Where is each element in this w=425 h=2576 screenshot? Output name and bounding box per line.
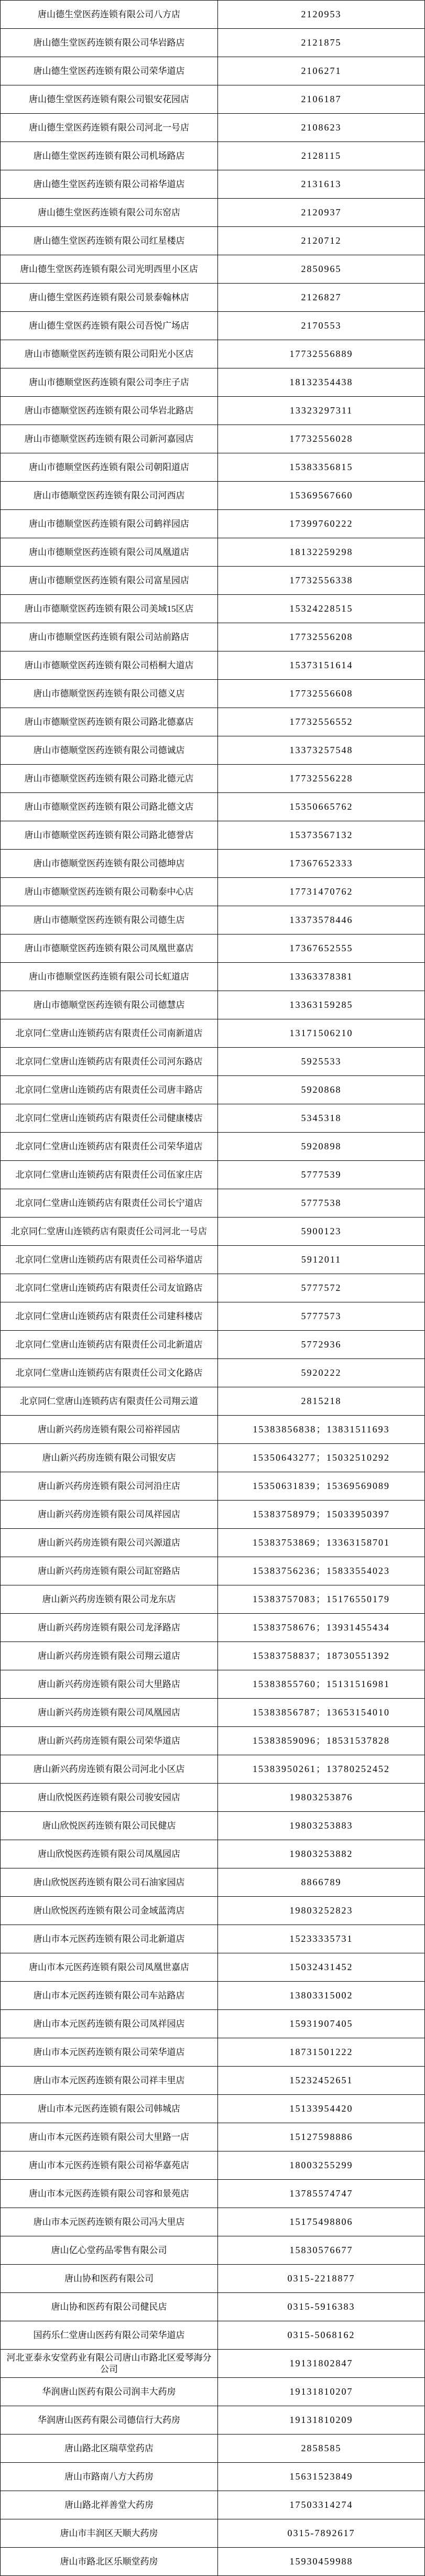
store-name-cell: 唐山市本元医药连锁有限公司冯大里店	[1, 2208, 218, 2236]
store-name-cell: 唐山市丰润区天顺大药房	[1, 2519, 218, 2548]
store-name-cell: 唐山德生堂医药连锁有限公司八方店	[1, 1, 218, 29]
phone-cell: 0315-5068162	[218, 2321, 425, 2350]
table-row: 唐山市本元医药连锁有限公司裕华嘉苑店18003255299	[1, 2151, 425, 2180]
phone-cell: 17732556889	[218, 340, 425, 368]
phone-cell: 2108623	[218, 114, 425, 142]
phone-cell: 15133954420	[218, 2095, 425, 2123]
store-name-cell: 唐山亿心堂药品零售有限公司	[1, 2236, 218, 2265]
store-name-cell: 河北亚泰永安堂药业有限公司唐山市路北区爱琴海分公司	[1, 2350, 218, 2378]
store-name-cell: 唐山市德顺堂医药连锁有限公司德义店	[1, 680, 218, 708]
table-row: 唐山市德顺堂医药连锁有限公司新河嘉园店17732556028	[1, 425, 425, 453]
store-name-cell: 唐山市德顺堂医药连锁有限公司德坤店	[1, 850, 218, 878]
phone-cell: 2128115	[218, 142, 425, 170]
table-row: 唐山市本元医药连锁有限公司凤祥园店15931907405	[1, 2010, 425, 2038]
table-row: 唐山协和医药有限公司0315-2218877	[1, 2265, 425, 2293]
table-row: 唐山新兴药房连锁有限公司凤祥园店15383758979；15033950397	[1, 1501, 425, 1529]
table-row: 唐山市路南八方大药房15631523849	[1, 2463, 425, 2491]
store-name-cell: 国药乐仁堂唐山医药有限公司荣华道店	[1, 2321, 218, 2350]
store-name-cell: 唐山新兴药房连锁有限公司龙泽路店	[1, 1614, 218, 1642]
table-row: 唐山市德顺堂医药连锁有限公司鹤祥园店17399760222	[1, 510, 425, 538]
store-name-cell: 唐山新兴药房连锁有限公司兴源道店	[1, 1529, 218, 1557]
store-name-cell: 北京同仁堂唐山连锁药店有限责任公司文化路店	[1, 1359, 218, 1387]
table-row: 唐山欣悦医药连锁有限公司民健店19803253883	[1, 1812, 425, 1840]
phone-cell: 19803252823	[218, 1897, 425, 1925]
phone-cell: 17732556608	[218, 680, 425, 708]
phone-cell: 15631523849	[218, 2463, 425, 2491]
store-name-cell: 唐山新兴药房连锁有限公司凤祥园店	[1, 1501, 218, 1529]
store-name-cell: 唐山市德顺堂医药连锁有限公司凤凰世嘉店	[1, 934, 218, 963]
table-row: 唐山市德顺堂医药连锁有限公司勒泰中心店17731470762	[1, 878, 425, 906]
store-name-cell: 唐山市本元医药连锁有限公司凤凰世嘉店	[1, 1953, 218, 1982]
phone-cell: 5925533	[218, 1048, 425, 1076]
phone-cell: 17503314274	[218, 2491, 425, 2519]
table-row: 唐山市本元医药连锁有限公司荣华道店18731501222	[1, 2038, 425, 2067]
table-row: 唐山市德顺堂医药连锁有限公司凤凰世嘉店17367652555	[1, 934, 425, 963]
store-name-cell: 唐山市德顺堂医药连锁有限公司鹤祥园店	[1, 510, 218, 538]
table-row: 北京同仁堂唐山连锁药店有限责任公司友谊路店5777572	[1, 1274, 425, 1302]
table-row: 唐山市本元医药连锁有限公司容和景苑店13785574747	[1, 2180, 425, 2208]
table-row: 唐山新兴药房连锁有限公司凤凰园店15383856787；13653154010	[1, 1699, 425, 1727]
store-name-cell: 唐山新兴药房连锁有限公司河北小区店	[1, 1755, 218, 1784]
table-row: 北京同仁堂唐山连锁药店有限责任公司翔云道2815218	[1, 1387, 425, 1416]
phone-cell: 2106271	[218, 57, 425, 85]
table-row: 唐山德生堂医药连锁有限公司裕华道店2131613	[1, 170, 425, 199]
table-row: 唐山新兴药房连锁有限公司翔云道店15383758837；18730551392	[1, 1642, 425, 1670]
phone-cell: 13363159285	[218, 991, 425, 1019]
table-row: 唐山新兴药房连锁有限公司龙东店15383757083；15176550179	[1, 1585, 425, 1614]
phone-cell: 2106187	[218, 85, 425, 114]
table-row: 唐山市德顺堂医药连锁有限公司德义店17732556608	[1, 680, 425, 708]
store-name-cell: 唐山市路北区乐顺堂药房	[1, 2548, 218, 2576]
table-row: 北京同仁堂唐山连锁药店有限责任公司文化路店5920222	[1, 1359, 425, 1387]
phone-cell: 19803253882	[218, 1840, 425, 1868]
store-name-cell: 北京同仁堂唐山连锁药店有限责任公司长宁道店	[1, 1189, 218, 1218]
store-name-cell: 唐山新兴药房连锁有限公司凤凰园店	[1, 1699, 218, 1727]
phone-cell: 18003255299	[218, 2151, 425, 2180]
table-row: 唐山市德顺堂医药连锁有限公司德生店13373578446	[1, 906, 425, 934]
store-name-cell: 唐山市本元医药连锁有限公司裕华嘉苑店	[1, 2151, 218, 2180]
table-row: 唐山市德顺堂医药连锁有限公司梧桐大道店15373151614	[1, 651, 425, 680]
store-name-cell: 唐山市德顺堂医药连锁有限公司凤凰道店	[1, 538, 218, 567]
phone-cell: 15350665762	[218, 793, 425, 821]
table-row: 北京同仁堂唐山连锁药店有限责任公司南新道店13171506210	[1, 1019, 425, 1048]
store-name-cell: 华润唐山医药有限公司润丰大药房	[1, 2378, 218, 2406]
phone-cell: 15383758979；15033950397	[218, 1501, 425, 1529]
table-row: 北京同仁堂唐山连锁药店有限责任公司健康楼店5345318	[1, 1104, 425, 1133]
phone-cell: 17399760222	[218, 510, 425, 538]
table-row: 唐山市本元医药连锁有限公司北新道店15233335731	[1, 1925, 425, 1953]
store-name-cell: 唐山德生堂医药连锁有限公司银安花园店	[1, 85, 218, 114]
store-name-cell: 北京同仁堂唐山连锁药店有限责任公司唐丰路店	[1, 1076, 218, 1104]
store-name-cell: 唐山协和医药有限公司健民店	[1, 2293, 218, 2321]
table-row: 唐山市德顺堂医药连锁有限公司路北德嘉店17732556552	[1, 708, 425, 736]
table-row: 唐山欣悦医药连锁有限公司凤凰园店19803253882	[1, 1840, 425, 1868]
phone-cell: 17732556228	[218, 765, 425, 793]
store-name-cell: 唐山新兴药房连锁有限公司翔云道店	[1, 1642, 218, 1670]
phone-cell: 19131810209	[218, 2406, 425, 2434]
table-row: 唐山路北祥善堂大药房17503314274	[1, 2491, 425, 2519]
phone-cell: 19803253876	[218, 1784, 425, 1812]
store-name-cell: 唐山德生堂医药连锁有限公司东窑店	[1, 199, 218, 227]
phone-cell: 15830576677	[218, 2236, 425, 2265]
table-row: 唐山市德顺堂医药连锁有限公司路北德文店15350665762	[1, 793, 425, 821]
store-name-cell: 唐山市德顺堂医药连锁有限公司富星园店	[1, 567, 218, 595]
store-name-cell: 华润唐山医药有限公司德信行大药房	[1, 2406, 218, 2434]
table-row: 北京同仁堂唐山连锁药店有限责任公司荣华道店5920898	[1, 1133, 425, 1161]
phone-cell: 15930459988	[218, 2548, 425, 2576]
pharmacy-table-body: 唐山德生堂医药连锁有限公司八方店2120953唐山德生堂医药连锁有限公司华岩路店…	[1, 1, 425, 2576]
table-row: 唐山市路北区乐顺堂药房15930459988	[1, 2548, 425, 2576]
phone-cell: 0315-7892617	[218, 2519, 425, 2548]
store-name-cell: 唐山市德顺堂医药连锁有限公司路北德誉店	[1, 821, 218, 850]
store-name-cell: 唐山市路南八方大药房	[1, 2463, 218, 2491]
phone-cell: 15350631839；15369569089	[218, 1472, 425, 1501]
table-row: 唐山欣悦医药连锁有限公司金域蓝湾店19803252823	[1, 1897, 425, 1925]
store-name-cell: 唐山市本元医药连锁有限公司容和景苑店	[1, 2180, 218, 2208]
store-name-cell: 唐山新兴药房连锁有限公司银安店	[1, 1444, 218, 1472]
store-name-cell: 唐山新兴药房连锁有限公司荣华道店	[1, 1727, 218, 1755]
phone-cell: 2858585	[218, 2434, 425, 2463]
table-row: 北京同仁堂唐山连锁药店有限责任公司河东路店5925533	[1, 1048, 425, 1076]
table-row: 北京同仁堂唐山连锁药店有限责任公司河北一号店5900123	[1, 1218, 425, 1246]
store-name-cell: 唐山协和医药有限公司	[1, 2265, 218, 2293]
store-name-cell: 唐山新兴药房连锁有限公司大里路店	[1, 1670, 218, 1699]
store-name-cell: 唐山市德顺堂医药连锁有限公司梧桐大道店	[1, 651, 218, 680]
phone-cell: 13171506210	[218, 1019, 425, 1048]
table-row: 华润唐山医药有限公司德信行大药房19131810209	[1, 2406, 425, 2434]
store-name-cell: 唐山市德顺堂医药连锁有限公司新河嘉园店	[1, 425, 218, 453]
table-row: 唐山市德顺堂医药连锁有限公司华岩北路店13323297311	[1, 397, 425, 425]
table-row: 唐山德生堂医药连锁有限公司银安花园店2106187	[1, 85, 425, 114]
store-name-cell: 唐山市德顺堂医药连锁有限公司路北德元店	[1, 765, 218, 793]
phone-cell: 17731470762	[218, 878, 425, 906]
store-name-cell: 唐山市德顺堂医药连锁有限公司美域15区店	[1, 595, 218, 623]
phone-cell: 15127598886	[218, 2123, 425, 2151]
store-name-cell: 唐山市德顺堂医药连锁有限公司李庄子店	[1, 368, 218, 397]
phone-cell: 15032431452	[218, 1953, 425, 1982]
table-row: 唐山欣悦医药连锁有限公司骏安园店19803253876	[1, 1784, 425, 1812]
store-name-cell: 唐山市本元医药连锁有限公司大里路一店	[1, 2123, 218, 2151]
phone-cell: 5345318	[218, 1104, 425, 1133]
store-name-cell: 唐山德生堂医药连锁有限公司光明西里小区店	[1, 255, 218, 284]
table-row: 唐山市本元医药连锁有限公司大里路一店15127598886	[1, 2123, 425, 2151]
table-row: 唐山市德顺堂医药连锁有限公司阳光小区店17732556889	[1, 340, 425, 368]
phone-cell: 15383859096；18531537828	[218, 1727, 425, 1755]
table-row: 唐山市德顺堂医药连锁有限公司富星园店17732556338	[1, 567, 425, 595]
table-row: 唐山市本元医药连锁有限公司祥丰里店15232452651	[1, 2067, 425, 2095]
table-row: 北京同仁堂唐山连锁药店有限责任公司长宁道店5777538	[1, 1189, 425, 1218]
table-row: 唐山德生堂医药连锁有限公司红星楼店2120712	[1, 227, 425, 255]
phone-cell: 18731501222	[218, 2038, 425, 2067]
table-row: 唐山市本元医药连锁有限公司凤凰世嘉店15032431452	[1, 1953, 425, 1982]
phone-cell: 17732556552	[218, 708, 425, 736]
store-name-cell: 唐山德生堂医药连锁有限公司裕华道店	[1, 170, 218, 199]
store-name-cell: 唐山市德顺堂医药连锁有限公司华岩北路店	[1, 397, 218, 425]
store-name-cell: 北京同仁堂唐山连锁药店有限责任公司裕华道店	[1, 1246, 218, 1274]
table-row: 唐山路北区瑞草堂药店2858585	[1, 2434, 425, 2463]
phone-cell: 5772936	[218, 1331, 425, 1359]
store-name-cell: 唐山市德顺堂医药连锁有限公司德生店	[1, 906, 218, 934]
phone-cell: 19803253883	[218, 1812, 425, 1840]
table-row: 唐山新兴药房连锁有限公司河北小区店15383950261；13780252452	[1, 1755, 425, 1784]
store-name-cell: 唐山德生堂医药连锁有限公司吾悦广场店	[1, 312, 218, 340]
table-row: 唐山新兴药房连锁有限公司兴源道店15383753869；13363158701	[1, 1529, 425, 1557]
phone-cell: 17732556028	[218, 425, 425, 453]
phone-cell: 13803315002	[218, 1982, 425, 2010]
phone-cell: 15383756236；15833554023	[218, 1557, 425, 1585]
store-name-cell: 北京同仁堂唐山连锁药店有限责任公司荣华道店	[1, 1133, 218, 1161]
table-row: 唐山市德顺堂医药连锁有限公司河西店15369567660	[1, 482, 425, 510]
phone-cell: 15383753869；13363158701	[218, 1529, 425, 1557]
table-row: 唐山欣悦医药连锁有限公司石油家园店8866789	[1, 1868, 425, 1897]
store-name-cell: 唐山欣悦医药连锁有限公司骏安园店	[1, 1784, 218, 1812]
phone-cell: 15350643277；15032510292	[218, 1444, 425, 1472]
phone-cell: 15383856838；13831511693	[218, 1416, 425, 1444]
table-row: 唐山新兴药房连锁有限公司裕祥园店15383856838；13831511693	[1, 1416, 425, 1444]
phone-cell: 13363378381	[218, 963, 425, 991]
phone-cell: 17367652555	[218, 934, 425, 963]
table-row: 唐山市本元医药连锁有限公司韩城店15133954420	[1, 2095, 425, 2123]
phone-cell: 19131810207	[218, 2378, 425, 2406]
store-name-cell: 唐山市德顺堂医药连锁有限公司长虹道店	[1, 963, 218, 991]
phone-cell: 5920898	[218, 1133, 425, 1161]
store-name-cell: 北京同仁堂唐山连锁药店有限责任公司友谊路店	[1, 1274, 218, 1302]
store-name-cell: 唐山市本元医药连锁有限公司车站路店	[1, 1982, 218, 2010]
store-name-cell: 北京同仁堂唐山连锁药店有限责任公司伍家庄店	[1, 1161, 218, 1189]
store-name-cell: 唐山市德顺堂医药连锁有限公司德诚店	[1, 736, 218, 765]
store-name-cell: 唐山欣悦医药连锁有限公司凤凰园店	[1, 1840, 218, 1868]
table-row: 北京同仁堂唐山连锁药店有限责任公司伍家庄店5777539	[1, 1161, 425, 1189]
store-name-cell: 唐山市德顺堂医药连锁有限公司站前路店	[1, 623, 218, 651]
phone-cell: 15383758676；13931455434	[218, 1614, 425, 1642]
table-row: 唐山新兴药房连锁有限公司大里路店15383855760；15131516981	[1, 1670, 425, 1699]
phone-cell: 15383757083；15176550179	[218, 1585, 425, 1614]
store-name-cell: 唐山德生堂医药连锁有限公司河北一号店	[1, 114, 218, 142]
phone-cell: 5777573	[218, 1302, 425, 1331]
phone-cell: 8866789	[218, 1868, 425, 1897]
phone-cell: 15369567660	[218, 482, 425, 510]
table-row: 唐山市丰润区天顺大药房0315-7892617	[1, 2519, 425, 2548]
phone-cell: 5777539	[218, 1161, 425, 1189]
store-name-cell: 唐山德生堂医药连锁有限公司机场路店	[1, 142, 218, 170]
phone-cell: 13785574747	[218, 2180, 425, 2208]
phone-cell: 2121875	[218, 29, 425, 57]
store-name-cell: 唐山德生堂医药连锁有限公司红星楼店	[1, 227, 218, 255]
table-row: 唐山新兴药房连锁有限公司河沿庄店15350631839；15369569089	[1, 1472, 425, 1501]
phone-cell: 15383855760；15131516981	[218, 1670, 425, 1699]
phone-cell: 5920868	[218, 1076, 425, 1104]
table-row: 唐山德生堂医药连锁有限公司机场路店2128115	[1, 142, 425, 170]
phone-cell: 2120953	[218, 1, 425, 29]
pharmacy-phone-sheet: 唐山德生堂医药连锁有限公司八方店2120953唐山德生堂医药连锁有限公司华岩路店…	[0, 0, 425, 2576]
store-name-cell: 唐山新兴药房连锁有限公司河沿庄店	[1, 1472, 218, 1501]
table-row: 唐山亿心堂药品零售有限公司15830576677	[1, 2236, 425, 2265]
phone-cell: 15931907405	[218, 2010, 425, 2038]
table-row: 唐山市德顺堂医药连锁有限公司站前路店17732556208	[1, 623, 425, 651]
store-name-cell: 唐山市德顺堂医药连锁有限公司河西店	[1, 482, 218, 510]
store-name-cell: 北京同仁堂唐山连锁药店有限责任公司建科楼店	[1, 1302, 218, 1331]
store-name-cell: 唐山路北祥善堂大药房	[1, 2491, 218, 2519]
phone-cell: 15373567132	[218, 821, 425, 850]
store-name-cell: 唐山欣悦医药连锁有限公司民健店	[1, 1812, 218, 1840]
phone-cell: 5777538	[218, 1189, 425, 1218]
phone-cell: 17732556338	[218, 567, 425, 595]
store-name-cell: 唐山市德顺堂医药连锁有限公司路北德嘉店	[1, 708, 218, 736]
store-name-cell: 唐山新兴药房连锁有限公司龙东店	[1, 1585, 218, 1614]
phone-cell: 0315-5916383	[218, 2293, 425, 2321]
table-row: 唐山市德顺堂医药连锁有限公司德诚店13373257548	[1, 736, 425, 765]
store-name-cell: 北京同仁堂唐山连锁药店有限责任公司河东路店	[1, 1048, 218, 1076]
table-row: 唐山德生堂医药连锁有限公司华岩路店2121875	[1, 29, 425, 57]
store-name-cell: 北京同仁堂唐山连锁药店有限责任公司河北一号店	[1, 1218, 218, 1246]
table-row: 唐山德生堂医药连锁有限公司八方店2120953	[1, 1, 425, 29]
phone-cell: 2120712	[218, 227, 425, 255]
table-row: 华润唐山医药有限公司润丰大药房19131810207	[1, 2378, 425, 2406]
table-row: 唐山新兴药房连锁有限公司荣华道店15383859096；18531537828	[1, 1727, 425, 1755]
pharmacy-phone-table: 唐山德生堂医药连锁有限公司八方店2120953唐山德生堂医药连锁有限公司华岩路店…	[0, 0, 425, 2576]
store-name-cell: 唐山市德顺堂医药连锁有限公司勒泰中心店	[1, 878, 218, 906]
store-name-cell: 唐山德生堂医药连锁有限公司华岩路店	[1, 29, 218, 57]
store-name-cell: 唐山欣悦医药连锁有限公司石油家园店	[1, 1868, 218, 1897]
phone-cell: 15324228515	[218, 595, 425, 623]
table-row: 唐山市本元医药连锁有限公司冯大里店15175498806	[1, 2208, 425, 2236]
phone-cell: 2126827	[218, 284, 425, 312]
phone-cell: 5900123	[218, 1218, 425, 1246]
phone-cell: 2131613	[218, 170, 425, 199]
phone-cell: 15373151614	[218, 651, 425, 680]
table-row: 唐山市德顺堂医药连锁有限公司路北德誉店15373567132	[1, 821, 425, 850]
table-row: 北京同仁堂唐山连锁药店有限责任公司唐丰路店5920868	[1, 1076, 425, 1104]
phone-cell: 0315-2218877	[218, 2265, 425, 2293]
table-row: 唐山市本元医药连锁有限公司车站路店13803315002	[1, 1982, 425, 2010]
store-name-cell: 唐山市德顺堂医药连锁有限公司德慧店	[1, 991, 218, 1019]
table-row: 河北亚泰永安堂药业有限公司唐山市路北区爱琴海分公司19131802847	[1, 2350, 425, 2378]
table-row: 唐山新兴药房连锁有限公司缸窑路店15383756236；15833554023	[1, 1557, 425, 1585]
phone-cell: 19131802847	[218, 2350, 425, 2378]
phone-cell: 2815218	[218, 1387, 425, 1416]
phone-cell: 15383356815	[218, 453, 425, 482]
table-row: 唐山市德顺堂医药连锁有限公司朝阳道店15383356815	[1, 453, 425, 482]
phone-cell: 2120937	[218, 199, 425, 227]
phone-cell: 5920222	[218, 1359, 425, 1387]
table-row: 唐山德生堂医药连锁有限公司河北一号店2108623	[1, 114, 425, 142]
store-name-cell: 唐山市德顺堂医药连锁有限公司路北德文店	[1, 793, 218, 821]
phone-cell: 15383758837；18730551392	[218, 1642, 425, 1670]
phone-cell: 2850965	[218, 255, 425, 284]
store-name-cell: 北京同仁堂唐山连锁药店有限责任公司北新道店	[1, 1331, 218, 1359]
table-row: 北京同仁堂唐山连锁药店有限责任公司北新道店5772936	[1, 1331, 425, 1359]
store-name-cell: 唐山德生堂医药连锁有限公司景泰翰林店	[1, 284, 218, 312]
table-row: 唐山德生堂医药连锁有限公司景泰翰林店2126827	[1, 284, 425, 312]
store-name-cell: 唐山市德顺堂医药连锁有限公司阳光小区店	[1, 340, 218, 368]
store-name-cell: 北京同仁堂唐山连锁药店有限责任公司南新道店	[1, 1019, 218, 1048]
table-row: 唐山新兴药房连锁有限公司龙泽路店15383758676；13931455434	[1, 1614, 425, 1642]
table-row: 唐山德生堂医药连锁有限公司东窑店2120937	[1, 199, 425, 227]
phone-cell: 18132259298	[218, 538, 425, 567]
phone-cell: 13323297311	[218, 397, 425, 425]
store-name-cell: 唐山欣悦医药连锁有限公司金域蓝湾店	[1, 1897, 218, 1925]
phone-cell: 13373578446	[218, 906, 425, 934]
phone-cell: 17367652333	[218, 850, 425, 878]
phone-cell: 13373257548	[218, 736, 425, 765]
store-name-cell: 唐山市本元医药连锁有限公司韩城店	[1, 2095, 218, 2123]
phone-cell: 15383856787；13653154010	[218, 1699, 425, 1727]
table-row: 唐山新兴药房连锁有限公司银安店15350643277；15032510292	[1, 1444, 425, 1472]
store-name-cell: 唐山市本元医药连锁有限公司凤祥园店	[1, 2010, 218, 2038]
table-row: 唐山市德顺堂医药连锁有限公司德坤店17367652333	[1, 850, 425, 878]
store-name-cell: 唐山市本元医药连锁有限公司北新道店	[1, 1925, 218, 1953]
table-row: 国药乐仁堂唐山医药有限公司荣华道店0315-5068162	[1, 2321, 425, 2350]
store-name-cell: 唐山市本元医药连锁有限公司荣华道店	[1, 2038, 218, 2067]
table-row: 唐山德生堂医药连锁有限公司光明西里小区店2850965	[1, 255, 425, 284]
phone-cell: 5777572	[218, 1274, 425, 1302]
table-row: 唐山市德顺堂医药连锁有限公司长虹道店13363378381	[1, 963, 425, 991]
table-row: 北京同仁堂唐山连锁药店有限责任公司裕华道店5912011	[1, 1246, 425, 1274]
table-row: 唐山市德顺堂医药连锁有限公司德慧店13363159285	[1, 991, 425, 1019]
store-name-cell: 唐山市德顺堂医药连锁有限公司朝阳道店	[1, 453, 218, 482]
table-row: 唐山德生堂医药连锁有限公司荣华道店2106271	[1, 57, 425, 85]
phone-cell: 15233335731	[218, 1925, 425, 1953]
table-row: 唐山市德顺堂医药连锁有限公司李庄子店18132354438	[1, 368, 425, 397]
table-row: 北京同仁堂唐山连锁药店有限责任公司建科楼店5777573	[1, 1302, 425, 1331]
phone-cell: 2170553	[218, 312, 425, 340]
phone-cell: 15232452651	[218, 2067, 425, 2095]
store-name-cell: 唐山新兴药房连锁有限公司裕祥园店	[1, 1416, 218, 1444]
phone-cell: 17732556208	[218, 623, 425, 651]
phone-cell: 5912011	[218, 1246, 425, 1274]
phone-cell: 18132354438	[218, 368, 425, 397]
table-row: 唐山市德顺堂医药连锁有限公司凤凰道店18132259298	[1, 538, 425, 567]
phone-cell: 15175498806	[218, 2208, 425, 2236]
store-name-cell: 北京同仁堂唐山连锁药店有限责任公司健康楼店	[1, 1104, 218, 1133]
table-row: 唐山协和医药有限公司健民店0315-5916383	[1, 2293, 425, 2321]
store-name-cell: 唐山路北区瑞草堂药店	[1, 2434, 218, 2463]
store-name-cell: 唐山市本元医药连锁有限公司祥丰里店	[1, 2067, 218, 2095]
store-name-cell: 唐山德生堂医药连锁有限公司荣华道店	[1, 57, 218, 85]
store-name-cell: 唐山新兴药房连锁有限公司缸窑路店	[1, 1557, 218, 1585]
phone-cell: 15383950261；13780252452	[218, 1755, 425, 1784]
table-row: 唐山德生堂医药连锁有限公司吾悦广场店2170553	[1, 312, 425, 340]
table-row: 唐山市德顺堂医药连锁有限公司路北德元店17732556228	[1, 765, 425, 793]
table-row: 唐山市德顺堂医药连锁有限公司美域15区店15324228515	[1, 595, 425, 623]
store-name-cell: 北京同仁堂唐山连锁药店有限责任公司翔云道	[1, 1387, 218, 1416]
